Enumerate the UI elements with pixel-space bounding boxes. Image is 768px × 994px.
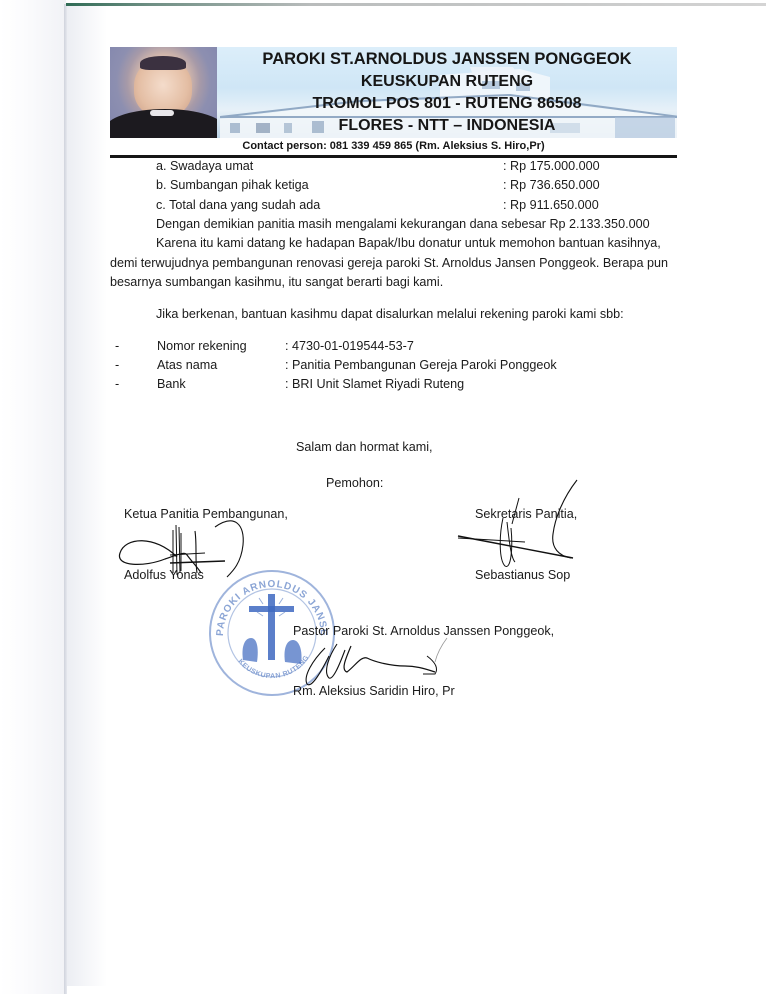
appeal-line-1: Karena itu kami datang ke hadapan Bapak/… — [156, 236, 661, 250]
shortfall-text: Dengan demikian panitia masih mengalami … — [156, 217, 650, 231]
secretary-name: Sebastianus Sop — [475, 568, 570, 582]
appeal-line-2: demi terwujudnya pembangunan renovasi ge… — [110, 256, 668, 270]
bank-label: Nomor rekening — [157, 339, 247, 353]
region-line: FLORES - NTT – INDONESIA — [217, 117, 677, 135]
bank-intro: Jika berkenan, bantuan kasihmu dapat dis… — [156, 307, 624, 321]
header-divider — [110, 155, 677, 158]
fund-amount-total: : Rp 911.650.000 — [503, 198, 599, 212]
fund-amount-self-funding: : Rp 175.000.000 — [503, 159, 600, 173]
portrait-photo — [110, 47, 217, 138]
closing-greeting: Salam dan hormat kami, — [296, 440, 433, 454]
chair-name: Adolfus Yonas — [124, 568, 204, 582]
bank-label: Atas nama — [157, 358, 217, 372]
secretary-signature-icon — [455, 478, 585, 578]
appeal-line-3: besarnya sumbangan kasihmu, itu sangat b… — [110, 275, 443, 289]
applicant-label: Pemohon: — [326, 476, 383, 490]
bullet-dash: - — [115, 377, 119, 391]
bullet-dash: - — [115, 339, 119, 353]
pastor-signature-icon — [295, 636, 455, 691]
scan-margin — [0, 0, 66, 994]
bullet-dash: - — [115, 358, 119, 372]
fund-label-total: c. Total dana yang sudah ada — [156, 198, 320, 212]
contact-person: Contact person: 081 339 459 865 (Rm. Ale… — [110, 140, 677, 152]
parish-name: PAROKI ST.ARNOLDUS JANSSEN PONGGEOK — [217, 50, 677, 69]
fund-label-third-party: b. Sumbangan pihak ketiga — [156, 178, 309, 192]
postal-address: TROMOL POS 801 - RUTENG 86508 — [217, 95, 677, 113]
bank-value: : Panitia Pembangunan Gereja Paroki Pong… — [285, 358, 557, 372]
top-border — [66, 3, 766, 6]
bank-label: Bank — [157, 377, 186, 391]
pastor-name: Rm. Aleksius Saridin Hiro, Pr — [293, 684, 455, 698]
fund-amount-third-party: : Rp 736.650.000 — [503, 178, 600, 192]
bank-value: : BRI Unit Slamet Riyadi Ruteng — [285, 377, 464, 391]
fund-label-self-funding: a. Swadaya umat — [156, 159, 253, 173]
bank-value: : 4730-01-019544-53-7 — [285, 339, 414, 353]
page-shadow — [67, 6, 107, 986]
diocese-name: KEUSKUPAN RUTENG — [217, 73, 677, 91]
